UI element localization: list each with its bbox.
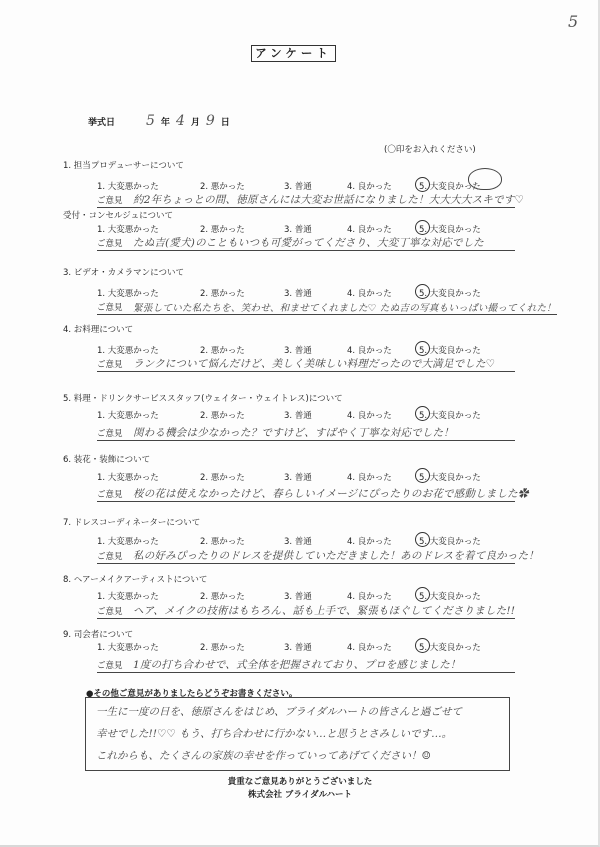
option-2[interactable]: 2. 悪かった xyxy=(200,180,245,192)
option-2[interactable]: 2. 悪かった xyxy=(200,287,245,299)
selection-circle xyxy=(415,406,430,421)
option-5-selected[interactable]: 5. 大変良かった xyxy=(419,223,481,235)
comment-field[interactable]: ご意見 私の好みぴったりのドレスを提供していただきました！あのドレスを着て良かっ… xyxy=(97,548,515,564)
option-1[interactable]: 1. 大変悪かった xyxy=(97,471,159,483)
day-unit: 日 xyxy=(221,115,230,128)
option-2[interactable]: 2. 悪かった xyxy=(200,535,245,547)
option-3[interactable]: 3. 普通 xyxy=(284,471,312,483)
comment-text: 緊張していた私たちを、笑わせ、和ませてくれました♡ たぬ吉の写真もいっぱい撮って… xyxy=(133,300,556,314)
comment-text: 約2年ちょっとの間、徳原さんには大変お世話になりました！大大大大スキです♡ xyxy=(133,192,524,207)
question-title: 5. 料理・ドリンクサービススタッフ(ウェイター・ウェイトレス)について xyxy=(63,392,343,404)
option-5-selected[interactable]: 5. 大変良かった xyxy=(419,409,481,421)
question-title: 4. お料理について xyxy=(63,323,133,335)
question-title: 1. 担当プロデューサーについて xyxy=(63,159,184,171)
comment-label: ご意見 xyxy=(97,659,123,671)
option-5-selected[interactable]: 5. 大変良かった xyxy=(419,641,481,653)
option-2[interactable]: 2. 悪かった xyxy=(200,590,245,602)
option-1[interactable]: 1. 大変悪かった xyxy=(97,223,159,235)
option-3[interactable]: 3. 普通 xyxy=(284,590,312,602)
comment-label: ご意見 xyxy=(97,488,123,500)
comment-label: ご意見 xyxy=(97,194,123,206)
question-title: 3. ビデオ・カメラマンについて xyxy=(63,266,184,278)
comment-text: 私の好みぴったりのドレスを提供していただきました！あのドレスを着て良かった！ xyxy=(133,548,539,563)
flower-doodle-icon xyxy=(468,168,502,190)
selection-circle xyxy=(415,177,430,192)
survey-page: 5 アンケート 挙式日 5 年 4 月 9 日 (〇印をお入れください) 1. … xyxy=(0,0,600,847)
selection-circle xyxy=(415,284,430,299)
instruction-text: (〇印をお入れください) xyxy=(384,143,476,155)
option-4[interactable]: 4. 良かった xyxy=(347,471,392,483)
company-name: 株式会社 ブライダルハート xyxy=(0,788,600,800)
option-4[interactable]: 4. 良かった xyxy=(347,223,392,235)
ceremony-year: 5 xyxy=(146,113,155,129)
option-3[interactable]: 3. 普通 xyxy=(284,641,312,653)
option-2[interactable]: 2. 悪かった xyxy=(200,409,245,421)
other-comments-box[interactable]: 一生に一度の日を、徳原さんをはじめ、ブライダルハートの皆さんと過ごせて 幸せでし… xyxy=(85,697,510,771)
ceremony-day: 9 xyxy=(206,113,215,129)
option-2[interactable]: 2. 悪かった xyxy=(200,223,245,235)
selection-circle xyxy=(415,468,430,483)
comment-field[interactable]: ご意見 たぬ吉(愛犬)のこともいつも可愛がってくださり、大変丁寧な対応でした xyxy=(97,235,515,251)
option-1[interactable]: 1. 大変悪かった xyxy=(97,344,159,356)
comment-field[interactable]: ご意見 緊張していた私たちを、笑わせ、和ませてくれました♡ たぬ吉の写真もいっぱ… xyxy=(97,299,557,315)
page-number: 5 xyxy=(568,12,578,31)
option-3[interactable]: 3. 普通 xyxy=(284,223,312,235)
option-1[interactable]: 1. 大変悪かった xyxy=(97,641,159,653)
comment-field[interactable]: ご意見 桜の花は使えなかったけど、春らしいイメージにぴったりのお花で感動しました… xyxy=(97,486,515,502)
option-3[interactable]: 3. 普通 xyxy=(284,287,312,299)
comment-text: 関わる機会は少なかった？ですけど、すばやく丁寧な対応でした！ xyxy=(133,425,454,440)
option-5-selected[interactable]: 5. 大変良かった xyxy=(419,344,481,356)
thanks-message: 貴重なご意見ありがとうございました xyxy=(0,775,600,787)
comment-field[interactable]: ご意見 約2年ちょっとの間、徳原さんには大変お世話になりました！大大大大スキです… xyxy=(97,192,515,208)
comment-label: ご意見 xyxy=(97,358,123,370)
comment-field[interactable]: ご意見 1度の打ち合わせで、式全体を把握されており、プロを感じました！ xyxy=(97,657,515,673)
comment-text: ヘア、メイクの技術はもちろん、話も上手で、緊張もほぐしてくださりました!! xyxy=(133,603,515,618)
comment-field[interactable]: ご意見 ヘア、メイクの技術はもちろん、話も上手で、緊張もほぐしてくださりました!… xyxy=(97,603,515,619)
option-4[interactable]: 4. 良かった xyxy=(347,535,392,547)
question-title: 8. ヘアーメイクアーティストについて xyxy=(63,573,207,585)
comment-text: ランクについて悩んだけど、美しく美味しい料理だったので大満足でした♡ xyxy=(133,356,495,371)
option-1[interactable]: 1. 大変悪かった xyxy=(97,590,159,602)
option-4[interactable]: 4. 良かった xyxy=(347,287,392,299)
option-2[interactable]: 2. 悪かった xyxy=(200,344,245,356)
option-2[interactable]: 2. 悪かった xyxy=(200,641,245,653)
comment-label: ご意見 xyxy=(97,605,123,617)
comment-label: ご意見 xyxy=(97,301,123,313)
option-4[interactable]: 4. 良かった xyxy=(347,180,392,192)
ceremony-month: 4 xyxy=(176,113,185,129)
option-5-selected[interactable]: 5. 大変良かった xyxy=(419,287,481,299)
option-4[interactable]: 4. 良かった xyxy=(347,590,392,602)
option-3[interactable]: 3. 普通 xyxy=(284,344,312,356)
other-comment-line: 幸せでした!!♡♡ もう、打ち合わせに行かない…と思うとさみしいです…。 xyxy=(96,726,452,741)
question-title: 6. 装花・装飾について xyxy=(63,453,150,465)
option-3[interactable]: 3. 普通 xyxy=(284,180,312,192)
option-4[interactable]: 4. 良かった xyxy=(347,409,392,421)
ceremony-date: 挙式日 5 年 4 月 9 日 xyxy=(88,113,230,129)
option-5-selected[interactable]: 5. 大変良かった xyxy=(419,471,481,483)
selection-circle xyxy=(415,532,430,547)
option-3[interactable]: 3. 普通 xyxy=(284,535,312,547)
selection-circle xyxy=(415,587,430,602)
comment-label: ご意見 xyxy=(97,237,123,249)
option-1[interactable]: 1. 大変悪かった xyxy=(97,180,159,192)
question-title: 9. 司会者について xyxy=(63,628,133,640)
option-1[interactable]: 1. 大変悪かった xyxy=(97,409,159,421)
comment-field[interactable]: ご意見 ランクについて悩んだけど、美しく美味しい料理だったので大満足でした♡ xyxy=(97,356,515,372)
option-2[interactable]: 2. 悪かった xyxy=(200,471,245,483)
option-4[interactable]: 4. 良かった xyxy=(347,344,392,356)
other-comment-line: これからも、たくさんの家族の幸せを作っていってあげてください！☺ xyxy=(96,748,431,763)
comment-field[interactable]: ご意見 関わる機会は少なかった？ですけど、すばやく丁寧な対応でした！ xyxy=(97,425,515,441)
survey-title: アンケート xyxy=(251,45,336,62)
comment-text: たぬ吉(愛犬)のこともいつも可愛がってくださり、大変丁寧な対応でした xyxy=(133,235,484,250)
other-comment-line: 一生に一度の日を、徳原さんをはじめ、ブライダルハートの皆さんと過ごせて xyxy=(96,704,462,719)
comment-text: 1度の打ち合わせで、式全体を把握されており、プロを感じました！ xyxy=(133,657,461,672)
selection-circle xyxy=(415,341,430,356)
option-1[interactable]: 1. 大変悪かった xyxy=(97,287,159,299)
question-title: 受付・コンセルジュについて xyxy=(63,209,173,221)
selection-circle xyxy=(415,220,430,235)
comment-label: ご意見 xyxy=(97,427,123,439)
comment-label: ご意見 xyxy=(97,550,123,562)
option-4[interactable]: 4. 良かった xyxy=(347,641,392,653)
selection-circle xyxy=(415,638,430,653)
option-3[interactable]: 3. 普通 xyxy=(284,409,312,421)
option-1[interactable]: 1. 大変悪かった xyxy=(97,535,159,547)
option-5-selected[interactable]: 5. 大変良かった xyxy=(419,590,481,602)
comment-text: 桜の花は使えなかったけど、春らしいイメージにぴったりのお花で感動しました✿ xyxy=(133,486,529,501)
ceremony-date-label: 挙式日 xyxy=(88,115,140,128)
option-5-selected[interactable]: 5. 大変良かった xyxy=(419,535,481,547)
year-unit: 年 xyxy=(161,115,170,128)
month-unit: 月 xyxy=(191,115,200,128)
question-title: 7. ドレスコーディネーターについて xyxy=(63,516,200,528)
